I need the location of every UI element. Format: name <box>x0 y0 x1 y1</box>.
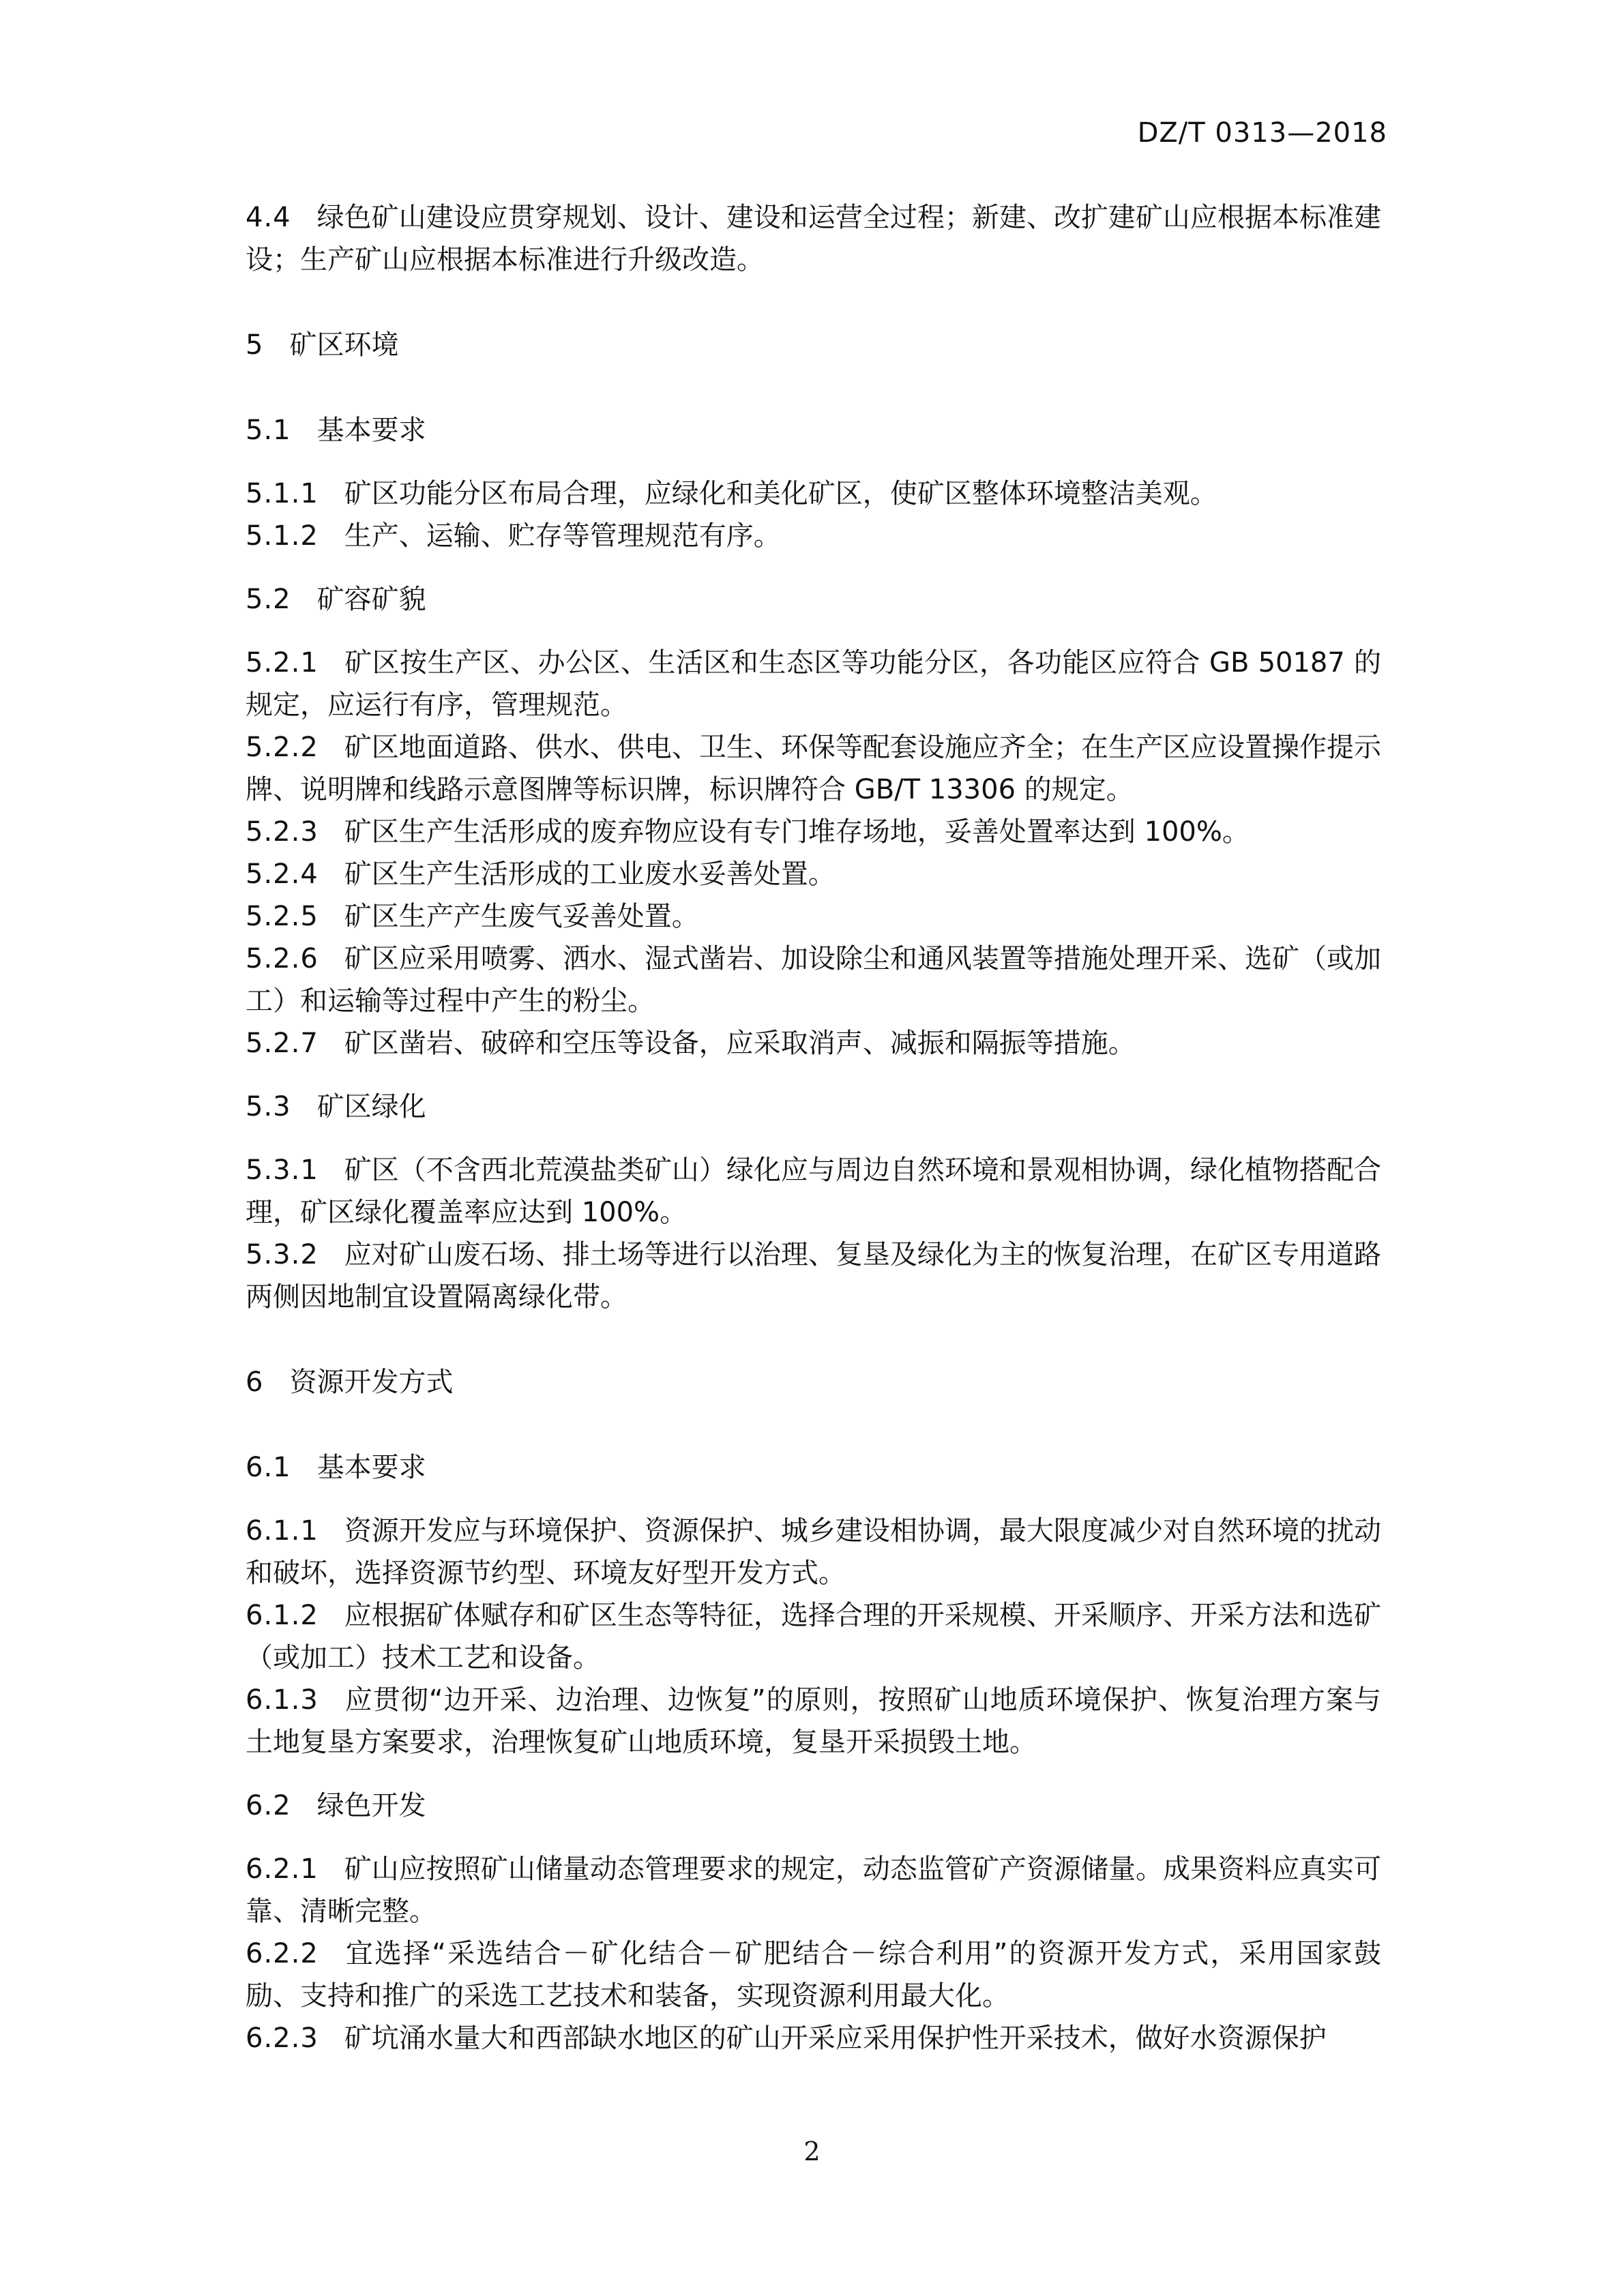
section-title: 矿区环境 <box>289 329 398 361</box>
subsection-heading-6-2: 6.2绿色开发 <box>246 1785 1381 1827</box>
document-code-header: DZ/T 0313—2018 <box>1138 117 1387 149</box>
clause-5-3-1: 5.3.1矿区（不含西北荒漠盐类矿山）绿化应与周边自然环境和景观相协调，绿化植物… <box>246 1149 1381 1234</box>
clause-6-2-2: 6.2.2宜选择“采选结合－矿化结合－矿肥结合－综合利用”的资源开发方式，采用国… <box>246 1933 1381 2017</box>
subsection-number: 5.2 <box>246 578 291 621</box>
clause-5-2-5: 5.2.5矿区生产产生废气妥善处置。 <box>246 895 1381 938</box>
clause-5-2-7: 5.2.7矿区凿岩、破碎和空压等设备，应采取消声、减振和隔振等措施。 <box>246 1022 1381 1064</box>
subsection-number: 5.3 <box>246 1086 291 1128</box>
section-heading-6: 6资源开发方式 <box>246 1361 1381 1403</box>
clause-number: 6.1.1 <box>246 1510 319 1552</box>
subsection-heading-5-3: 5.3矿区绿化 <box>246 1086 1381 1128</box>
clause-text: 生产、运输、贮存等管理规范有序。 <box>344 520 781 552</box>
clause-5-1-2: 5.1.2生产、运输、贮存等管理规范有序。 <box>246 515 1381 557</box>
clause-text: 矿区生产生活形成的工业废水妥善处置。 <box>344 859 836 890</box>
clause-5-2-1: 5.2.1矿区按生产区、办公区、生活区和生态区等功能分区，各功能区应符合 GB … <box>246 642 1381 726</box>
subsection-heading-5-2: 5.2矿容矿貌 <box>246 578 1381 621</box>
clause-5-2-6: 5.2.6矿区应采用喷雾、洒水、湿式凿岩、加设除尘和通风装置等措施处理开采、选矿… <box>246 938 1381 1022</box>
clause-6-1-1: 6.1.1资源开发应与环境保护、资源保护、城乡建设相协调，最大限度减少对自然环境… <box>246 1510 1381 1594</box>
clause-5-1-1: 5.1.1矿区功能分区布局合理，应绿化和美化矿区，使矿区整体环境整洁美观。 <box>246 473 1381 515</box>
clause-number: 5.2.7 <box>246 1022 319 1064</box>
clause-text: 矿区生产产生废气妥善处置。 <box>344 901 699 932</box>
subsection-number: 5.1 <box>246 409 291 451</box>
clause-text: 矿区凿岩、破碎和空压等设备，应采取消声、减振和隔振等措施。 <box>344 1028 1136 1059</box>
subsection-number: 6.1 <box>246 1446 291 1489</box>
clause-number: 5.2.3 <box>246 811 319 853</box>
clause-number: 5.2.5 <box>246 895 319 938</box>
clause-text: 矿区应采用喷雾、洒水、湿式凿岩、加设除尘和通风装置等措施处理开采、选矿（或加工）… <box>246 943 1381 1017</box>
subsection-heading-6-1: 6.1基本要求 <box>246 1446 1381 1489</box>
clause-5-2-2: 5.2.2矿区地面道路、供水、供电、卫生、环保等配套设施应齐全；在生产区应设置操… <box>246 726 1381 811</box>
clause-text: 应根据矿体赋存和矿区生态等特征，选择合理的开采规模、开采顺序、开采方法和选矿（或… <box>246 1600 1381 1673</box>
clause-text: 资源开发应与环境保护、资源保护、城乡建设相协调，最大限度减少对自然环境的扰动和破… <box>246 1515 1381 1589</box>
clause-text: 矿坑涌水量大和西部缺水地区的矿山开采应采用保护性开采技术，做好水资源保护 <box>344 2023 1327 2054</box>
clause-number: 4.4 <box>246 196 291 239</box>
clause-number: 6.2.1 <box>246 1848 319 1890</box>
section-number: 6 <box>246 1361 263 1403</box>
subsection-title: 绿色开发 <box>317 1790 426 1821</box>
clause-text: 绿色矿山建设应贯穿规划、设计、建设和运营全过程；新建、改扩建矿山应根据本标准建设… <box>246 202 1381 275</box>
clause-5-3-2: 5.3.2应对矿山废石场、排土场等进行以治理、复垦及绿化为主的恢复治理，在矿区专… <box>246 1234 1381 1318</box>
clause-text: 矿区功能分区布局合理，应绿化和美化矿区，使矿区整体环境整洁美观。 <box>344 478 1217 509</box>
clause-number: 6.2.3 <box>246 2017 319 2059</box>
clause-text: 宜选择“采选结合－矿化结合－矿肥结合－综合利用”的资源开发方式，采用国家鼓励、支… <box>246 1938 1381 2012</box>
clause-4-4: 4.4绿色矿山建设应贯穿规划、设计、建设和运营全过程；新建、改扩建矿山应根据本标… <box>246 196 1381 281</box>
clause-text: 矿区按生产区、办公区、生活区和生态区等功能分区，各功能区应符合 GB 50187… <box>246 647 1381 721</box>
subsection-title: 基本要求 <box>317 1452 426 1483</box>
subsection-title: 矿区绿化 <box>317 1091 426 1122</box>
clause-number: 6.2.2 <box>246 1933 319 1975</box>
clause-number: 5.1.2 <box>246 515 319 557</box>
document-body: 4.4绿色矿山建设应贯穿规划、设计、建设和运营全过程；新建、改扩建矿山应根据本标… <box>246 196 1381 2059</box>
clause-number: 6.1.2 <box>246 1594 319 1637</box>
clause-6-2-3: 6.2.3矿坑涌水量大和西部缺水地区的矿山开采应采用保护性开采技术，做好水资源保… <box>246 2017 1381 2059</box>
clause-text: 矿区（不含西北荒漠盐类矿山）绿化应与周边自然环境和景观相协调，绿化植物搭配合理，… <box>246 1154 1381 1228</box>
clause-5-2-4: 5.2.4矿区生产生活形成的工业废水妥善处置。 <box>246 853 1381 895</box>
clause-6-1-3: 6.1.3应贯彻“边开采、边治理、边恢复”的原则，按照矿山地质环境保护、恢复治理… <box>246 1679 1381 1763</box>
clause-number: 5.1.1 <box>246 473 319 515</box>
clause-text: 应对矿山废石场、排土场等进行以治理、复垦及绿化为主的恢复治理，在矿区专用道路两侧… <box>246 1239 1381 1313</box>
clause-number: 5.3.1 <box>246 1149 319 1191</box>
section-title: 资源开发方式 <box>289 1367 453 1398</box>
clause-text: 矿区生产生活形成的废弃物应设有专门堆存场地，妥善处置率达到 100%。 <box>344 816 1250 848</box>
subsection-title: 基本要求 <box>317 415 426 446</box>
clause-number: 5.2.1 <box>246 642 319 684</box>
clause-6-2-1: 6.2.1矿山应按照矿山储量动态管理要求的规定，动态监管矿产资源储量。成果资料应… <box>246 1848 1381 1933</box>
clause-number: 5.2.4 <box>246 853 319 895</box>
section-heading-5: 5矿区环境 <box>246 324 1381 366</box>
clause-6-1-2: 6.1.2应根据矿体赋存和矿区生态等特征，选择合理的开采规模、开采顺序、开采方法… <box>246 1594 1381 1679</box>
clause-5-2-3: 5.2.3矿区生产生活形成的废弃物应设有专门堆存场地，妥善处置率达到 100%。 <box>246 811 1381 853</box>
clause-number: 5.3.2 <box>246 1234 319 1276</box>
subsection-title: 矿容矿貌 <box>317 584 426 615</box>
clause-text: 矿山应按照矿山储量动态管理要求的规定，动态监管矿产资源储量。成果资料应真实可靠、… <box>246 1853 1381 1927</box>
section-number: 5 <box>246 324 263 366</box>
subsection-number: 6.2 <box>246 1785 291 1827</box>
clause-text: 应贯彻“边开采、边治理、边恢复”的原则，按照矿山地质环境保护、恢复治理方案与土地… <box>246 1684 1381 1758</box>
clause-number: 5.2.2 <box>246 726 319 769</box>
clause-text: 矿区地面道路、供水、供电、卫生、环保等配套设施应齐全；在生产区应设置操作提示牌、… <box>246 732 1381 805</box>
clause-number: 5.2.6 <box>246 938 319 980</box>
page-number: 2 <box>0 2136 1624 2166</box>
clause-number: 6.1.3 <box>246 1679 319 1721</box>
subsection-heading-5-1: 5.1基本要求 <box>246 409 1381 451</box>
